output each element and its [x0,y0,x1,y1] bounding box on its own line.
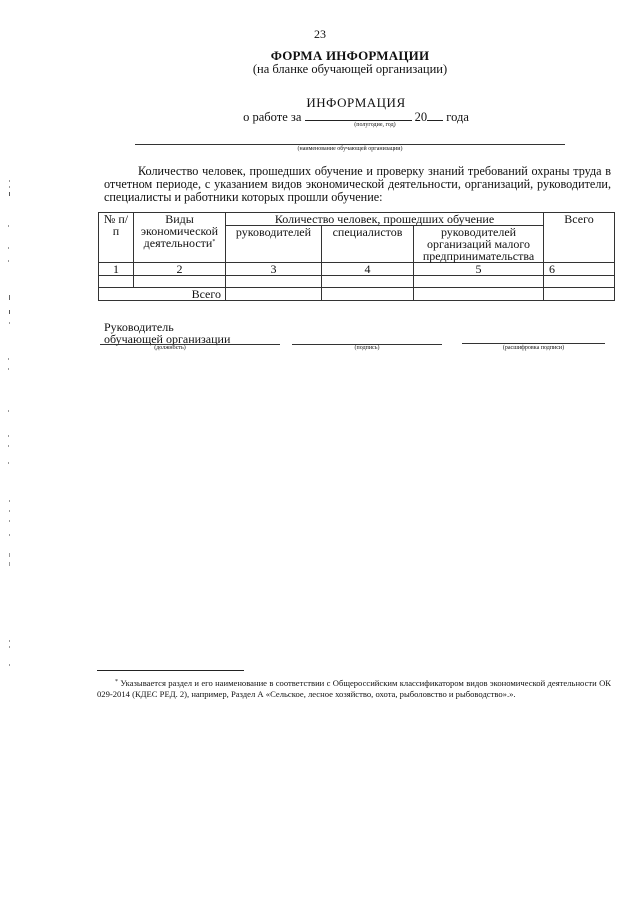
header-small-business: руководителей организаций малого предпри… [414,226,544,263]
scan-artifact [9,646,10,648]
training-table: № п/п Виды экономической деятельности* К… [98,212,615,301]
scan-artifact [9,322,10,324]
footnote-text: Указывается раздел и его наименование в … [97,678,611,699]
col-num-3: 3 [226,263,322,276]
scan-artifact [9,640,10,642]
table-header-row: № п/п Виды экономической деятельности* К… [99,213,615,226]
signer-role: Руководитель обучающей организации [104,321,230,345]
signature-hint: (подпись) [292,345,442,351]
page-number: 23 [0,27,640,42]
col-num-1: 1 [99,263,134,276]
scan-artifact [8,410,9,412]
total-row: Всего [99,288,615,301]
footnote-divider [97,670,244,671]
total-label: Всего [99,288,226,301]
scan-artifact [9,500,10,502]
scan-artifact [8,225,9,227]
scan-artifact [8,247,9,249]
header-activity-label: Виды экономической деятельности [141,212,218,250]
total-managers[interactable] [226,288,322,301]
col-num-6: 6 [544,263,615,276]
cell-managers[interactable] [226,276,322,288]
position-hint: (должность) [100,345,240,351]
scan-artifact [8,368,9,370]
scan-artifact [8,260,9,262]
cell-activity[interactable] [134,276,226,288]
scan-artifact [8,358,9,360]
scan-artifact [9,553,10,557]
form-subtitle: (на бланке обучающей организации) [0,62,640,77]
footnote-mark: * [212,239,215,245]
header-managers: руководителей [226,226,322,263]
header-activity: Виды экономической деятельности* [134,213,226,263]
scan-artifact [8,462,9,464]
scan-artifact [9,562,10,566]
header-specialists: специалистов [322,226,414,263]
period-field[interactable] [305,109,412,121]
scan-artifact [9,192,10,196]
scan-artifact [8,445,9,447]
scan-artifact [9,520,10,522]
period-suffix: года [446,110,469,124]
header-total: Всего [544,213,615,263]
cell-specialists[interactable] [322,276,414,288]
intro-paragraph: Количество человек, прошедших обучение и… [104,165,611,204]
header-num: № п/п [99,213,134,263]
table-row [99,276,615,288]
period-hint: (полугодие, год) [320,122,430,128]
column-numbers-row: 1 2 3 4 5 6 [99,263,615,276]
scan-artifact [9,664,10,666]
total-specialists[interactable] [322,288,414,301]
scan-artifact [9,295,10,300]
header-group: Количество человек, прошедших обучение [226,213,544,226]
intro-text: Количество человек, прошедших обучение и… [104,164,611,204]
col-num-2: 2 [134,263,226,276]
cell-num[interactable] [99,276,134,288]
total-all[interactable] [544,288,615,301]
name-decode-hint: (расшифровка подписи) [462,345,605,351]
scan-artifact [9,310,10,314]
total-small-business[interactable] [414,288,544,301]
cell-total[interactable] [544,276,615,288]
org-name-field[interactable] [135,144,565,145]
scan-artifact [9,510,10,512]
cell-small-business[interactable] [414,276,544,288]
footnote-mark: * [115,679,118,685]
name-decode-field[interactable] [462,343,605,344]
org-name-hint: (наименование обучающей организации) [135,146,565,152]
year-field[interactable] [427,109,443,121]
col-num-5: 5 [414,263,544,276]
scan-artifact [8,435,9,437]
scan-artifact [9,534,10,536]
footnote: * Указывается раздел и его наименование … [97,678,611,700]
scan-artifact [9,180,10,182]
col-num-4: 4 [322,263,414,276]
period-prefix: о работе за [243,110,301,124]
scan-artifact [9,186,10,188]
